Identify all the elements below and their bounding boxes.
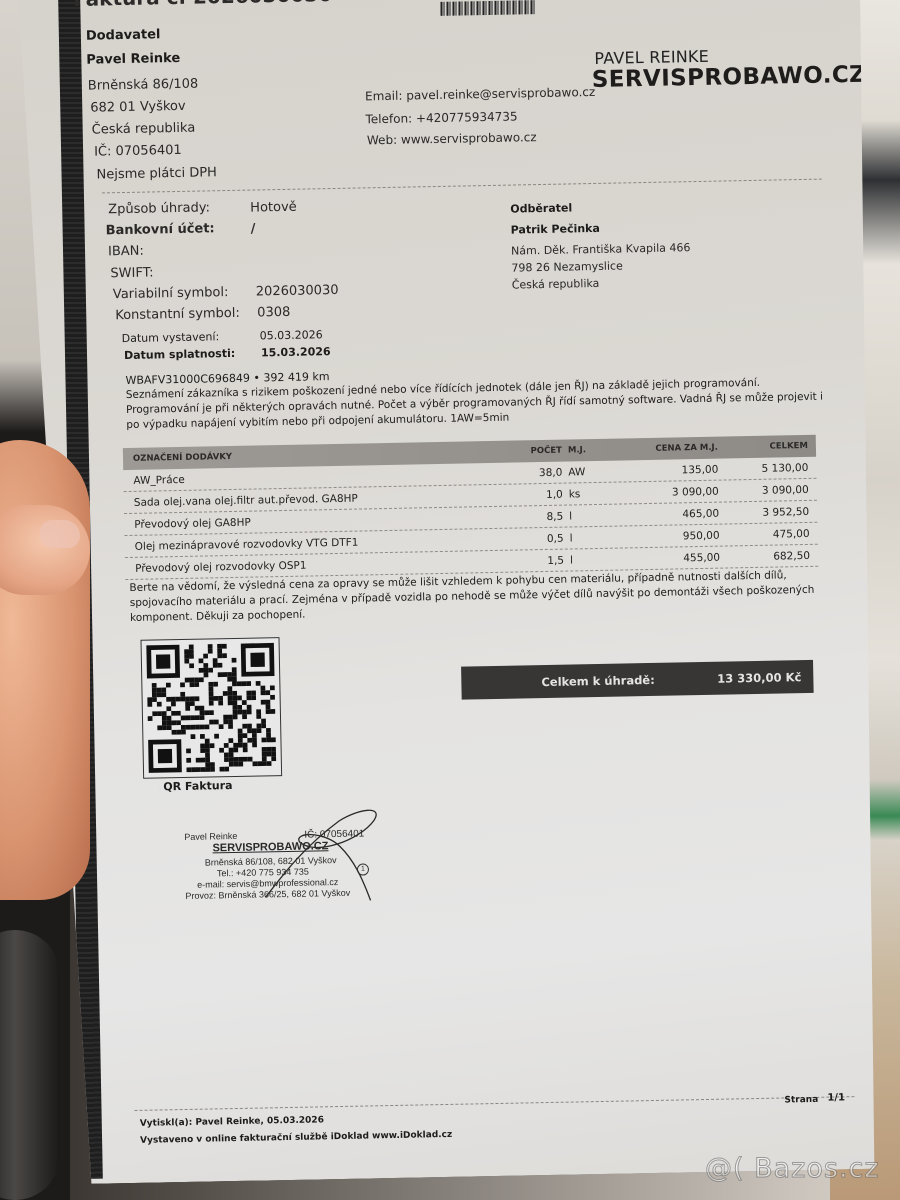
- total-due-value: 13 330,00 Kč: [717, 670, 801, 686]
- supplier-country: Česká republika: [92, 121, 196, 138]
- item-total: 475,00: [719, 527, 817, 541]
- bazos-watermark: @( Bazos.cz: [705, 1153, 880, 1184]
- item-unit: l: [564, 553, 610, 566]
- page-number: 1/1: [827, 1092, 845, 1103]
- supplier-street: Brněnská 86/108: [88, 77, 199, 94]
- item-price: 465,00: [609, 507, 719, 521]
- thumb: [0, 505, 90, 595]
- variable-symbol-label: Variabilní symbol:: [113, 285, 229, 302]
- constant-symbol-label: Konstantní symbol:: [115, 306, 240, 323]
- supplier-name: Pavel Reinke: [86, 51, 180, 68]
- item-unit: l: [564, 531, 610, 544]
- col-qty: POČET: [502, 446, 562, 457]
- item-qty: 1,5: [504, 554, 564, 567]
- col-total: CELKEM: [718, 441, 816, 453]
- item-total: 5 130,00: [718, 461, 816, 475]
- col-description: OZNAČENÍ DODÁVKY: [123, 447, 502, 464]
- footer-divider: [135, 1096, 855, 1111]
- item-price: 950,00: [609, 529, 719, 543]
- variable-symbol-value: 2026030030: [256, 283, 339, 300]
- qr-code-icon: [142, 638, 282, 778]
- due-date-label: Datum splatnosti:: [124, 347, 235, 362]
- issue-date-value: 05.03.2026: [260, 328, 323, 342]
- bank-account-label: Bankovní účet:: [105, 221, 214, 238]
- item-description: Převodový olej GA8HP: [124, 511, 503, 530]
- company-stamp: Pavel Reinke IČ: 07056401 SERVISPROBAWO.…: [184, 828, 416, 932]
- item-description: AW_Práce: [123, 467, 502, 486]
- col-unit: M.J.: [562, 445, 608, 456]
- contact-phone[interactable]: Telefon: +420775934735: [365, 109, 517, 126]
- customer-street: Nám. Děk. Františka Kvapila 466: [511, 241, 691, 257]
- stamp-name: Pavel Reinke: [184, 831, 237, 842]
- contact-web[interactable]: Web: www.servisprobawo.cz: [367, 130, 537, 147]
- supplier-ico: IČ: 07056401: [94, 143, 182, 160]
- col-price: CENA ZA M.J.: [608, 443, 718, 455]
- customer-country: Česká republika: [512, 277, 600, 292]
- payment-method-label: Způsob úhrady:: [108, 200, 210, 217]
- item-price: 455,00: [610, 551, 720, 565]
- supplier-label: Dodavatel: [86, 27, 161, 43]
- supplier-vat-note: Nejsme plátci DPH: [96, 165, 217, 182]
- bank-account-value: /: [250, 221, 255, 236]
- gear-shifter: [0, 930, 60, 1200]
- items-table: OZNAČENÍ DODÁVKY POČET M.J. CENA ZA M.J.…: [123, 435, 818, 580]
- divider: [102, 179, 822, 194]
- item-description: Olej mezinápravové rozvodovky VTG DTF1: [125, 533, 504, 552]
- signature-icon: [244, 800, 406, 913]
- thumbnail-nail: [40, 520, 80, 548]
- invoice-paper: Faktura č. 2026030030 Dodavatel Pavel Re…: [18, 0, 883, 1185]
- barcode-icon: [440, 0, 535, 16]
- invoice-title: Faktura č. 2026030030: [73, 0, 332, 11]
- constant-symbol-value: 0308: [257, 305, 290, 321]
- item-price: 135,00: [608, 463, 718, 477]
- supplier-city: 682 01 Vyškov: [90, 99, 186, 116]
- page-label: Strana: [784, 1095, 818, 1106]
- item-total: 3 090,00: [719, 483, 817, 497]
- item-unit: l: [563, 509, 609, 522]
- total-due-bar: Celkem k úhradě: 13 330,00 Kč: [461, 660, 814, 700]
- item-total: 682,50: [720, 549, 818, 563]
- item-unit: AW: [562, 465, 608, 478]
- issue-date-label: Datum vystavení:: [122, 330, 220, 345]
- item-description: Sada olej.vana olej.filtr aut.převod. GA…: [124, 489, 503, 508]
- issued-via[interactable]: Vystaveno v online fakturační službě iDo…: [140, 1130, 452, 1146]
- item-total: 3 952,50: [719, 505, 817, 519]
- swift-label: SWIFT:: [110, 265, 153, 281]
- qr-code: [140, 637, 282, 779]
- customer-label: Odběratel: [510, 201, 572, 215]
- total-due-label: Celkem k úhradě:: [541, 672, 655, 688]
- item-qty: 38,0: [502, 466, 562, 479]
- item-qty: 0,5: [504, 532, 564, 545]
- item-qty: 8,5: [503, 510, 563, 523]
- brand-logo: SERVISPROBAWO.CZ: [592, 62, 867, 93]
- item-unit: ks: [563, 487, 609, 500]
- printed-by: Vytiskl(a): Pavel Reinke, 05.03.2026: [140, 1115, 324, 1129]
- contact-email[interactable]: Email: pavel.reinke@servisprobawo.cz: [365, 85, 595, 103]
- customer-city: 798 26 Nezamyslice: [511, 259, 623, 274]
- item-description: Převodový olej rozvodovky OSP1: [125, 555, 504, 574]
- payment-method-value: Hotově: [250, 200, 297, 216]
- qr-label: QR Faktura: [158, 779, 237, 794]
- customer-name: Patrik Pečinka: [511, 222, 600, 237]
- item-qty: 1,0: [503, 488, 563, 501]
- iban-label: IBAN:: [108, 244, 144, 260]
- item-price: 3 090,00: [609, 485, 719, 499]
- due-date-value: 15.03.2026: [261, 345, 331, 359]
